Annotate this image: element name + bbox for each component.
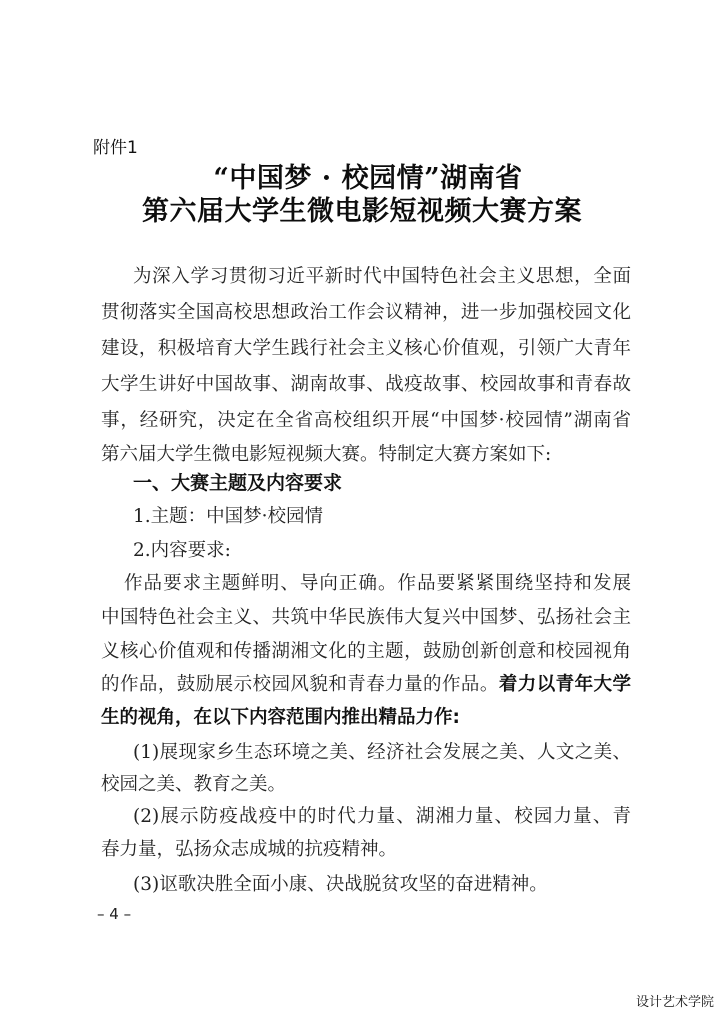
content-line: 义核心价值观和传播湖湘文化的主题，鼓励创新创意和校园视角 (101, 640, 631, 664)
section-heading: 一、大赛主题及内容要求 (133, 471, 631, 495)
page-number: – 4 – (97, 904, 131, 924)
theme-line: 1.主题：中国梦·校园情 (133, 505, 631, 529)
document-title-line-1: “中国梦 · 校园情”湖南省 (6, 163, 724, 195)
content-emphasis-line: 生的视角，在以下内容范围内推出精品力作: (101, 706, 631, 730)
document-page: 附件1 “中国梦 · 校园情”湖南省 第六届大学生微电影短视频大赛方案 为深入学… (0, 0, 724, 1024)
attachment-label: 附件1 (93, 137, 138, 159)
intro-line: 建设，积极培育大学生践行社会主义核心价值观，引领广大青年 (101, 337, 631, 361)
document-title-line-2: 第六届大学生微电影短视频大赛方案 (0, 196, 724, 228)
content-line-mixed: 的作品，鼓励展示校园风貌和青春力量的作品。着力以青年大学 (101, 673, 631, 697)
content-emphasis: 着力以青年大学 (499, 674, 631, 695)
content-label: 2.内容要求: (133, 539, 631, 563)
intro-line: 贯彻落实全国高校思想政治工作会议精神，进一步加强校园文化 (101, 301, 631, 325)
intro-line: 事，经研究，决定在全省高校组织开展“中国梦·校园情”湖南省 (101, 409, 631, 433)
intro-line: 大学生讲好中国故事、湖南故事、战疫故事、校园故事和青春故 (101, 373, 631, 397)
list-item-1-line-1: (1)展现家乡生态环境之美、经济社会发展之美、人文之美、 (133, 741, 631, 765)
list-item-2-line-1: (2)展示防疫战疫中的时代力量、湖湘力量、校园力量、青 (133, 805, 631, 829)
list-item-3-line-1: (3)讴歌决胜全面小康、决战脱贫攻坚的奋进精神。 (133, 873, 631, 897)
content-text: 的作品，鼓励展示校园风貌和青春力量的作品。 (101, 674, 499, 695)
watermark-label: 设计艺术学院 (636, 994, 714, 1012)
content-line: 作品要求主题鲜明、导向正确。作品要紧紧围绕坚持和发展 (124, 572, 631, 596)
content-line: 中国特色社会主义、共筑中华民族伟大复兴中国梦、弘扬社会主 (101, 606, 631, 630)
intro-line: 为深入学习贯彻习近平新时代中国特色社会主义思想，全面 (133, 265, 631, 289)
intro-line: 第六届大学生微电影短视频大赛。特制定大赛方案如下: (101, 443, 631, 467)
list-item-2-line-2: 春力量，弘扬众志成城的抗疫精神。 (101, 838, 631, 862)
list-item-1-line-2: 校园之美、教育之美。 (101, 773, 631, 797)
